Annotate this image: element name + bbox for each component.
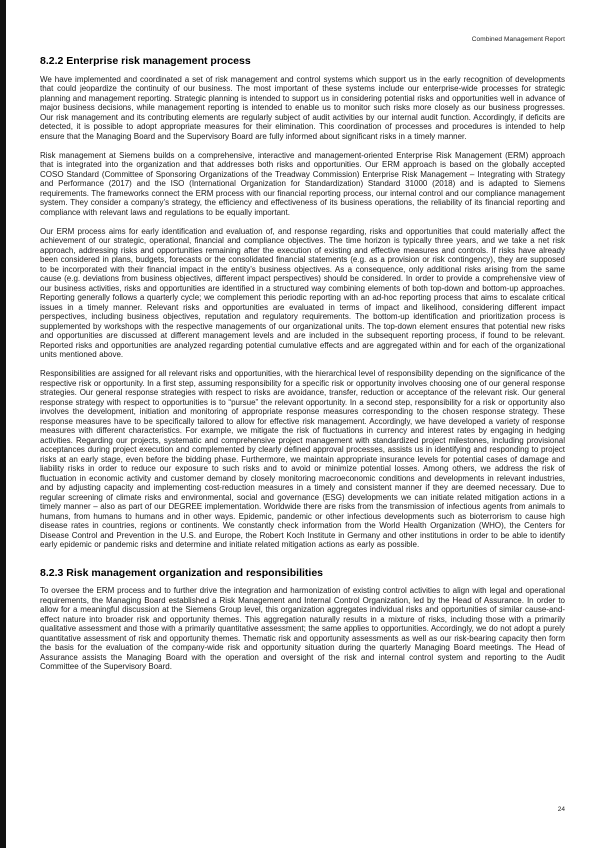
section-heading-822: 8.2.2 Enterprise risk management process	[40, 55, 565, 68]
body-paragraph: Risk management at Siemens builds on a c…	[40, 151, 565, 218]
body-paragraph: To oversee the ERM process and to furthe…	[40, 586, 565, 672]
body-paragraph: Our ERM process aims for early identific…	[40, 227, 565, 360]
body-paragraph: Responsibilities are assigned for all re…	[40, 369, 565, 550]
running-header: Combined Management Report	[472, 28, 565, 46]
report-page: Combined Management Report 8.2.2 Enterpr…	[0, 0, 600, 848]
body-paragraph: We have implemented and coordinated a se…	[40, 75, 565, 142]
running-header-label: Combined Management Report	[472, 36, 565, 43]
page-left-edge-bar	[0, 0, 6, 848]
document-content: 8.2.2 Enterprise risk management process…	[40, 55, 565, 681]
page-number: 24	[558, 806, 565, 813]
section-heading-823: 8.2.3 Risk management organization and r…	[40, 567, 565, 580]
